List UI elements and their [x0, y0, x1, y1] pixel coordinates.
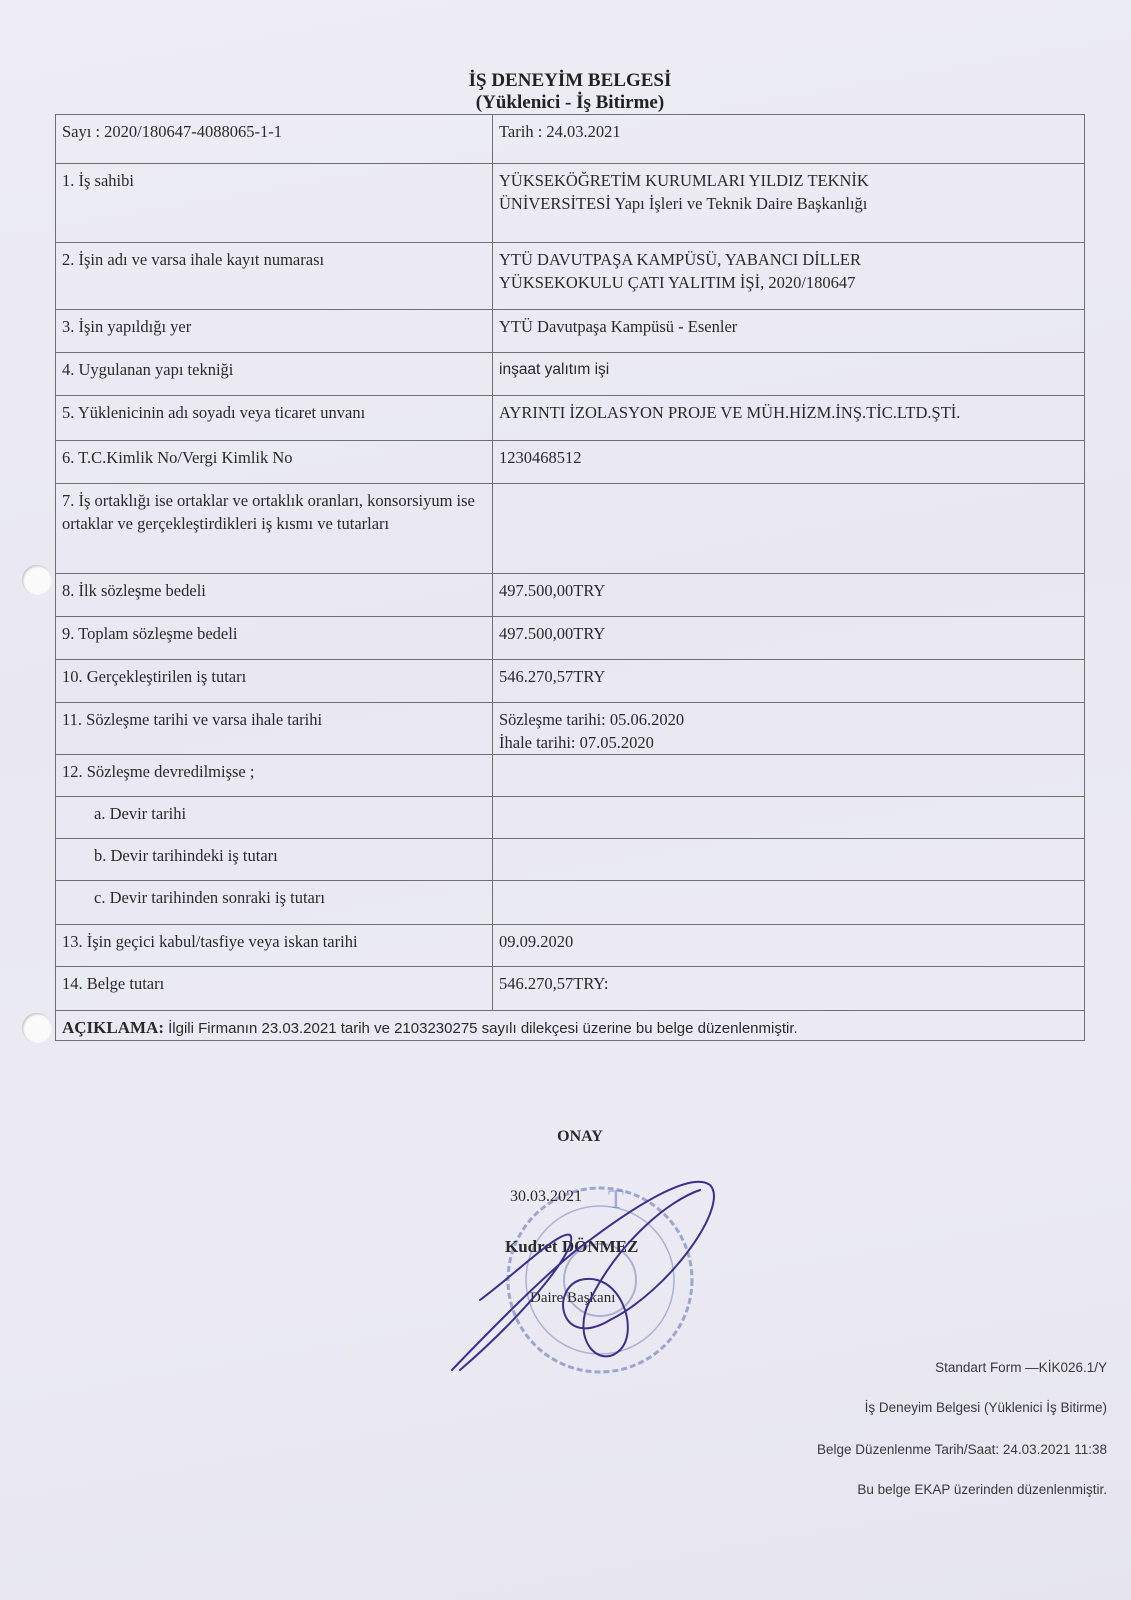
- row-label: 12. Sözleşme devredilmişse ;: [56, 755, 493, 797]
- approval-date: 30.03.2021: [510, 1188, 582, 1206]
- table-row: 3. İşin yapıldığı yerYTÜ Davutpaşa Kampü…: [56, 310, 1085, 353]
- approval-heading: ONAY: [520, 1128, 640, 1146]
- row-label: a. Devir tarihi: [56, 797, 493, 839]
- row-label: 4. Uygulanan yapı tekniği: [56, 353, 493, 396]
- table-row: 1. İş sahibiYÜKSEKÖĞRETİM KURUMLARI YILD…: [56, 164, 1085, 243]
- document-title: İŞ DENEYİM BELGESİ: [380, 70, 760, 92]
- footer-issued: Belge Düzenlenme Tarih/Saat: 24.03.2021 …: [817, 1442, 1107, 1457]
- row-value: [493, 484, 1085, 574]
- row-value: Sözleşme tarihi: 05.06.2020İhale tarihi:…: [493, 703, 1085, 755]
- row-label: c. Devir tarihinden sonraki iş tutarı: [56, 881, 493, 925]
- row-label: 2. İşin adı ve varsa ihale kayıt numaras…: [56, 243, 493, 310]
- row-value: [493, 881, 1085, 925]
- table-row: 2. İşin adı ve varsa ihale kayıt numaras…: [56, 243, 1085, 310]
- row-value-line: 497.500,00TRY: [499, 579, 1078, 602]
- row-value-line: YTÜ DAVUTPAŞA KAMPÜSÜ, YABANCI DİLLER: [499, 248, 1078, 271]
- row-value-line: 497.500,00TRY: [499, 622, 1078, 645]
- table-row: a. Devir tarihi: [56, 797, 1085, 839]
- row-value: 1230468512: [493, 441, 1085, 484]
- table-row: 5. Yüklenicinin adı soyadı veya ticaret …: [56, 396, 1085, 441]
- row-value: [493, 797, 1085, 839]
- row-value-line: YÜKSEKÖĞRETİM KURUMLARI YILDIZ TEKNİK: [499, 169, 1078, 192]
- row-value-line: inşaat yalıtım işi: [499, 358, 1078, 381]
- tarih-cell: Tarih : 24.03.2021: [493, 115, 1085, 164]
- row-value: 546.270,57TRY:: [493, 967, 1085, 1011]
- row-label: 1. İş sahibi: [56, 164, 493, 243]
- approver-title: Daire Başkanı: [530, 1290, 615, 1307]
- row-label: 7. İş ortaklığı ise ortaklar ve ortaklık…: [56, 484, 493, 574]
- table-row: b. Devir tarihindeki iş tutarı: [56, 839, 1085, 881]
- explanation-text: İlgili Firmanın 23.03.2021 tarih ve 2103…: [168, 1020, 798, 1037]
- row-value-line: İhale tarihi: 07.05.2020: [499, 731, 1078, 754]
- table-row: 11. Sözleşme tarihi ve varsa ihale tarih…: [56, 703, 1085, 755]
- row-value-line: 546.270,57TRY: [499, 665, 1078, 688]
- row-label: 9. Toplam sözleşme bedeli: [56, 617, 493, 660]
- row-label: 14. Belge tutarı: [56, 967, 493, 1011]
- footer-source: Bu belge EKAP üzerinden düzenlenmiştir.: [857, 1482, 1107, 1497]
- table-row: c. Devir tarihinden sonraki iş tutarı: [56, 881, 1085, 925]
- row-value: 546.270,57TRY: [493, 660, 1085, 703]
- row-label: 10. Gerçekleştirilen iş tutarı: [56, 660, 493, 703]
- row-value: YTÜ DAVUTPAŞA KAMPÜSÜ, YABANCI DİLLERYÜK…: [493, 243, 1085, 310]
- row-value: [493, 755, 1085, 797]
- row-label: 5. Yüklenicinin adı soyadı veya ticaret …: [56, 396, 493, 441]
- row-value-line: AYRINTI İZOLASYON PROJE VE MÜH.HİZM.İNŞ.…: [499, 401, 1078, 424]
- table-row: 13. İşin geçici kabul/tasfiye veya iskan…: [56, 925, 1085, 967]
- explanation-key: AÇIKLAMA:: [62, 1018, 164, 1037]
- row-value-line: YÜKSEKOKULU ÇATI YALITIM İŞİ, 2020/18064…: [499, 271, 1078, 294]
- row-value: inşaat yalıtım işi: [493, 353, 1085, 396]
- row-value: AYRINTI İZOLASYON PROJE VE MÜH.HİZM.İNŞ.…: [493, 396, 1085, 441]
- row-label: 6. T.C.Kimlik No/Vergi Kimlik No: [56, 441, 493, 484]
- row-label: 13. İşin geçici kabul/tasfiye veya iskan…: [56, 925, 493, 967]
- explanation-cell: AÇIKLAMA: İlgili Firmanın 23.03.2021 tar…: [56, 1011, 1085, 1041]
- row-value-line: 1230468512: [499, 446, 1078, 469]
- explanation-row: AÇIKLAMA: İlgili Firmanın 23.03.2021 tar…: [56, 1011, 1085, 1041]
- row-value: [493, 839, 1085, 881]
- table-row: 7. İş ortaklığı ise ortaklar ve ortaklık…: [56, 484, 1085, 574]
- footer-form-code: Standart Form —KİK026.1/Y: [935, 1360, 1107, 1375]
- table-row: 6. T.C.Kimlik No/Vergi Kimlik No12304685…: [56, 441, 1085, 484]
- footer-form-name: İş Deneyim Belgesi (Yüklenici İş Bitirme…: [865, 1400, 1107, 1415]
- punch-hole-bottom: [22, 1013, 52, 1043]
- row-label: 11. Sözleşme tarihi ve varsa ihale tarih…: [56, 703, 493, 755]
- row-value-line: 546.270,57TRY:: [499, 972, 1078, 995]
- document-subtitle: (Yüklenici - İş Bitirme): [380, 92, 760, 114]
- approver-name: Kudret DÖNMEZ: [505, 1237, 638, 1257]
- table-row: 10. Gerçekleştirilen iş tutarı546.270,57…: [56, 660, 1085, 703]
- row-value: YÜKSEKÖĞRETİM KURUMLARI YILDIZ TEKNİKÜNİ…: [493, 164, 1085, 243]
- header-row: Sayı : 2020/180647-4088065-1-1 Tarih : 2…: [56, 115, 1085, 164]
- row-label: b. Devir tarihindeki iş tutarı: [56, 839, 493, 881]
- row-value: 497.500,00TRY: [493, 574, 1085, 617]
- table-row: 12. Sözleşme devredilmişse ;: [56, 755, 1085, 797]
- row-label: 3. İşin yapıldığı yer: [56, 310, 493, 353]
- row-value-line: YTÜ Davutpaşa Kampüsü - Esenler: [499, 315, 1078, 338]
- table-row: 4. Uygulanan yapı tekniğiinşaat yalıtım …: [56, 353, 1085, 396]
- signature-icon: [440, 1170, 740, 1380]
- row-value: 09.09.2020: [493, 925, 1085, 967]
- svg-text:T: T: [608, 1185, 624, 1214]
- table-row: 8. İlk sözleşme bedeli497.500,00TRY: [56, 574, 1085, 617]
- sayi-cell: Sayı : 2020/180647-4088065-1-1: [56, 115, 493, 164]
- row-value-line: 09.09.2020: [499, 930, 1078, 953]
- punch-hole-top: [22, 565, 52, 595]
- row-value: YTÜ Davutpaşa Kampüsü - Esenler: [493, 310, 1085, 353]
- certificate-table: Sayı : 2020/180647-4088065-1-1 Tarih : 2…: [55, 114, 1085, 1041]
- row-value-line: Sözleşme tarihi: 05.06.2020: [499, 708, 1078, 731]
- row-value: 497.500,00TRY: [493, 617, 1085, 660]
- row-value-line: ÜNİVERSİTESİ Yapı İşleri ve Teknik Daire…: [499, 192, 1078, 215]
- row-label: 8. İlk sözleşme bedeli: [56, 574, 493, 617]
- table-row: 14. Belge tutarı546.270,57TRY:: [56, 967, 1085, 1011]
- table-row: 9. Toplam sözleşme bedeli497.500,00TRY: [56, 617, 1085, 660]
